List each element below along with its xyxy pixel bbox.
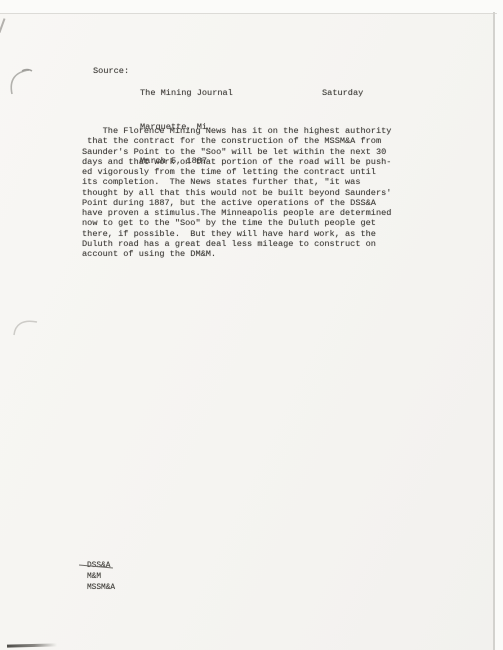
article-line: its completion. The News states further … xyxy=(82,177,391,187)
article-line: days and that work on that portion of th… xyxy=(82,157,391,167)
page-edge-right xyxy=(493,12,495,650)
article-line: thought by all that this would not be bu… xyxy=(82,188,391,198)
article-line: now to get to the "Soo" by the time the … xyxy=(82,218,391,228)
article-line: Point during 1887, but the active operat… xyxy=(82,198,391,208)
scan-artifact-top-left xyxy=(0,18,5,33)
article-line: Saunder's Point to the "Soo" will be let… xyxy=(82,147,391,157)
article-line: ed vigorously from the time of letting t… xyxy=(82,167,391,177)
page-edge-top xyxy=(0,13,497,14)
scanned-page: Source: The Mining Journal Marquette, Mi… xyxy=(0,0,503,650)
article-line: that the contract for the construction o… xyxy=(82,136,391,146)
scan-artifact-bottom-left xyxy=(7,643,57,647)
source-label: Source: xyxy=(93,66,129,77)
pen-squiggle-mark-upper-left xyxy=(5,67,33,97)
journal-name: The Mining Journal xyxy=(140,88,233,99)
article-line: Duluth road has a great deal less mileag… xyxy=(82,239,391,249)
article-line: have proven a stimulus.The Minneapolis p… xyxy=(82,208,391,218)
weekday-label: Saturday xyxy=(322,88,363,99)
index-term-struck: DSS&A xyxy=(87,561,110,572)
scan-bed-strip-right xyxy=(495,0,503,650)
index-term: MSSM&A xyxy=(87,583,115,594)
article-line: The Florence Mining News has it on the h… xyxy=(82,126,391,136)
index-term: M&M xyxy=(87,572,101,583)
article-text: The Florence Mining News has it on the h… xyxy=(82,126,391,259)
article-line: account of using the DM&M. xyxy=(82,249,391,259)
article-line: there, if possible. But they will have h… xyxy=(82,229,391,239)
index-terms: DSS&AM&MMSSM&A xyxy=(87,561,115,595)
scan-bed-strip-top xyxy=(0,0,503,13)
pen-squiggle-mark-mid-left xyxy=(11,316,39,340)
